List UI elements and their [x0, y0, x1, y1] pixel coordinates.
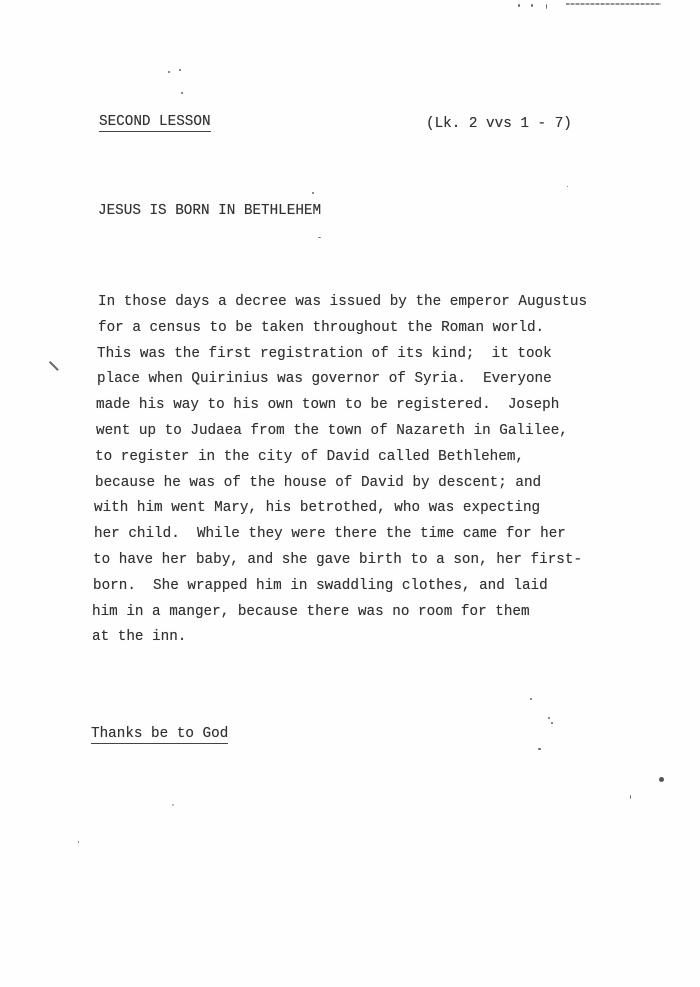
scan-speck [630, 795, 631, 799]
reading-title: JESUS IS BORN IN BETHLEHEM [98, 204, 321, 218]
body-line: with him went Mary, his betrothed, who w… [94, 496, 587, 522]
scripture-reference: (Lk. 2 vvs 1 - 7) [426, 117, 572, 131]
body-line: to register in the city of David called … [95, 445, 587, 471]
scan-speck [168, 71, 170, 73]
closing-response: Thanks be to God [91, 727, 228, 744]
scan-speck [538, 748, 541, 750]
body-line: at the inn. [92, 625, 587, 651]
lesson-heading: SECOND LESSON [99, 115, 211, 132]
body-line: made his way to his own town to be regis… [96, 393, 587, 419]
body-line: her child. While they were there the tim… [94, 522, 587, 548]
scan-speck [172, 804, 174, 806]
scan-speck [318, 237, 321, 238]
body-line: In those days a decree was issued by the… [98, 290, 587, 316]
scan-speck [312, 192, 314, 194]
scan-speck [546, 4, 547, 9]
scan-artifact-top [566, 3, 661, 5]
body-line: went up to Judaea from the town of Nazar… [96, 419, 587, 445]
body-line: place when Quirinius was governor of Syr… [97, 367, 587, 393]
body-line: to have her baby, and she gave birth to … [93, 548, 587, 574]
scan-speck [659, 777, 664, 782]
scan-speck [518, 4, 520, 7]
body-line: because he was of the house of David by … [95, 471, 587, 497]
reading-body: In those days a decree was issued by the… [92, 290, 587, 651]
scan-speck [530, 698, 532, 700]
scan-speck [548, 717, 550, 719]
scan-speck [531, 4, 533, 7]
scan-speck [551, 722, 553, 724]
scan-speck [78, 841, 79, 843]
scan-speck [181, 92, 183, 94]
body-line: him in a manger, because there was no ro… [92, 600, 587, 626]
scan-speck [567, 186, 568, 187]
scan-stroke [49, 361, 59, 371]
body-line: This was the first registration of its k… [97, 342, 587, 368]
scanned-page: SECOND LESSON (Lk. 2 vvs 1 - 7) JESUS IS… [0, 0, 700, 987]
body-line: for a census to be taken throughout the … [98, 316, 587, 342]
scan-speck [179, 69, 181, 71]
body-line: born. She wrapped him in swaddling cloth… [93, 574, 587, 600]
